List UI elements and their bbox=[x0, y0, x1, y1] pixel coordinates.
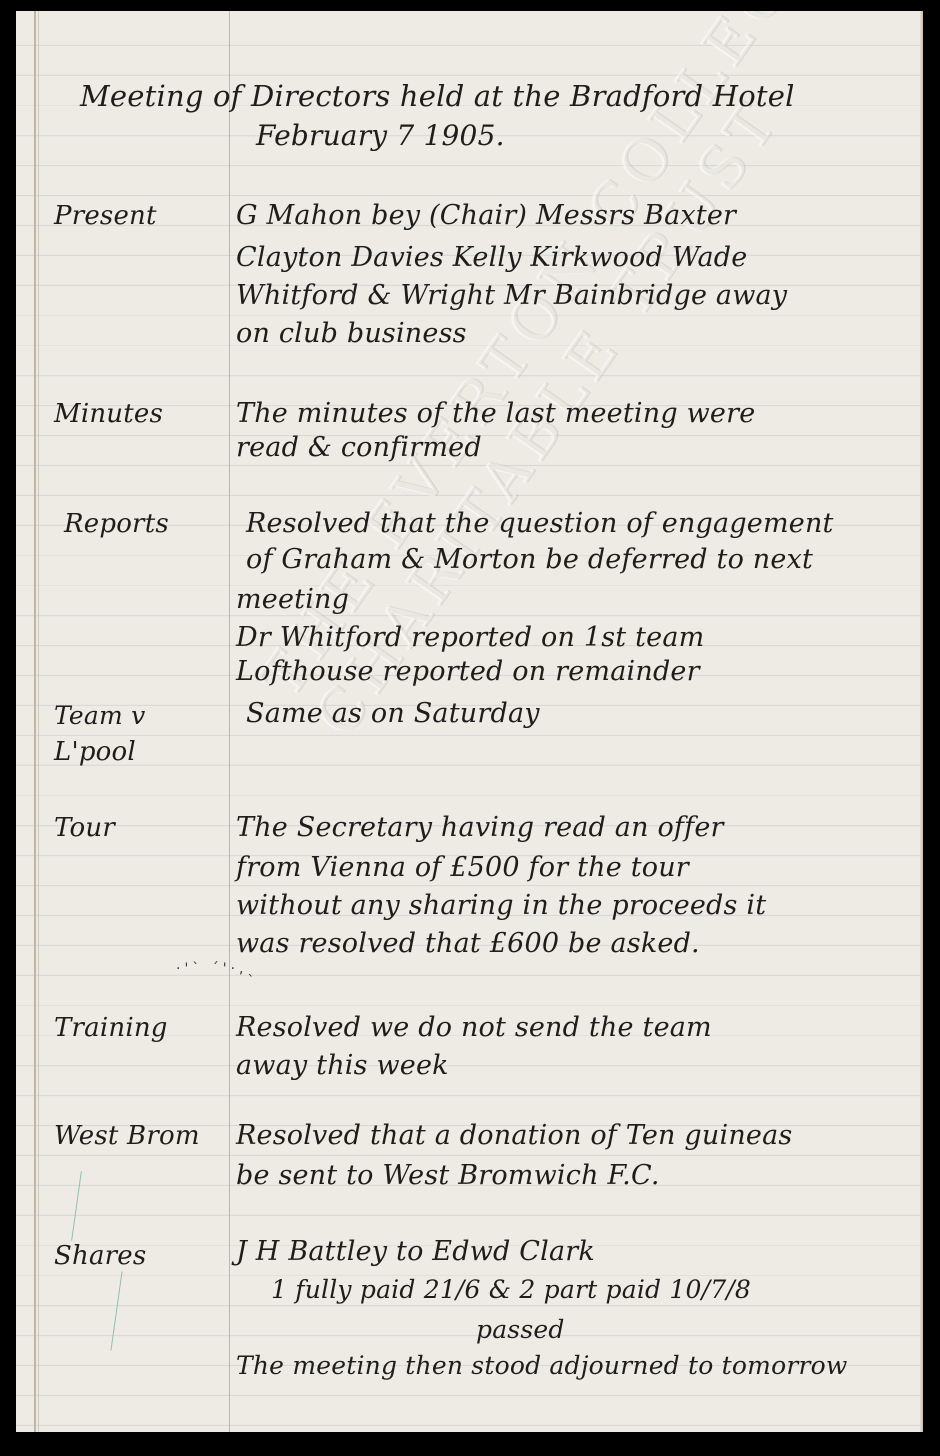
binding-line-inner bbox=[38, 11, 39, 1432]
tour-line-4: was resolved that £600 be asked. bbox=[236, 929, 700, 959]
label-team-v: Team v bbox=[54, 701, 145, 731]
label-shares: Shares bbox=[54, 1241, 146, 1271]
team-line-1: Same as on Saturday bbox=[246, 699, 540, 729]
red-margin-rule bbox=[229, 11, 230, 1432]
shares-line-2: 1 fully paid 21/6 & 2 part paid 10/7/8 bbox=[271, 1275, 751, 1305]
present-line-2: Clayton Davies Kelly Kirkwood Wade bbox=[236, 243, 747, 273]
reports-line-1: Resolved that the question of engagement bbox=[246, 509, 834, 539]
label-training: Training bbox=[54, 1013, 168, 1043]
label-minutes: Minutes bbox=[54, 399, 163, 429]
label-present: Present bbox=[54, 201, 157, 231]
label-west-brom: West Brom bbox=[54, 1121, 200, 1151]
shares-line-1: J H Battley to Edwd Clark bbox=[236, 1237, 595, 1267]
training-line-1: Resolved we do not send the team bbox=[236, 1013, 712, 1043]
westbrom-line-2: be sent to West Bromwich F.C. bbox=[236, 1161, 660, 1191]
label-lpool: L'pool bbox=[54, 737, 136, 767]
tour-line-3: without any sharing in the proceeds it bbox=[236, 891, 766, 921]
label-tour: Tour bbox=[54, 813, 115, 843]
tour-line-1: The Secretary having read an offer bbox=[236, 813, 724, 843]
reports-line-4: Dr Whitford reported on 1st team bbox=[236, 623, 704, 653]
ink-specks: ·'ˋ ˊ'·,ˎ bbox=[176, 961, 259, 977]
tour-line-2: from Vienna of £500 for the tour bbox=[236, 853, 689, 883]
meeting-date: February 7 1905. bbox=[256, 121, 505, 151]
binding-line bbox=[34, 11, 36, 1432]
present-line-4: on club business bbox=[236, 319, 467, 349]
reports-line-2: of Graham & Morton be deferred to next bbox=[246, 545, 813, 575]
present-line-3: Whitford & Wright Mr Bainbridge away bbox=[236, 281, 787, 311]
minutes-line-2: read & confirmed bbox=[236, 433, 482, 463]
label-reports: Reports bbox=[64, 509, 169, 539]
reports-line-3: meeting bbox=[236, 585, 349, 615]
minute-book-page: THE EVERTON COLLECTION CHARITABLE TRUST … bbox=[16, 11, 923, 1432]
reports-line-5: Lofthouse reported on remainder bbox=[236, 657, 700, 687]
minutes-line-1: The minutes of the last meeting were bbox=[236, 399, 755, 429]
shares-passed: passed bbox=[476, 1315, 565, 1345]
training-line-2: away this week bbox=[236, 1051, 449, 1081]
westbrom-line-1: Resolved that a donation of Ten guineas bbox=[236, 1121, 792, 1151]
meeting-heading: Meeting of Directors held at the Bradfor… bbox=[80, 81, 795, 111]
present-line-1: G Mahon bey (Chair) Messrs Baxter bbox=[236, 201, 736, 231]
adjourned-line: The meeting then stood adjourned to tomo… bbox=[236, 1351, 848, 1381]
page-edge bbox=[920, 11, 923, 1432]
